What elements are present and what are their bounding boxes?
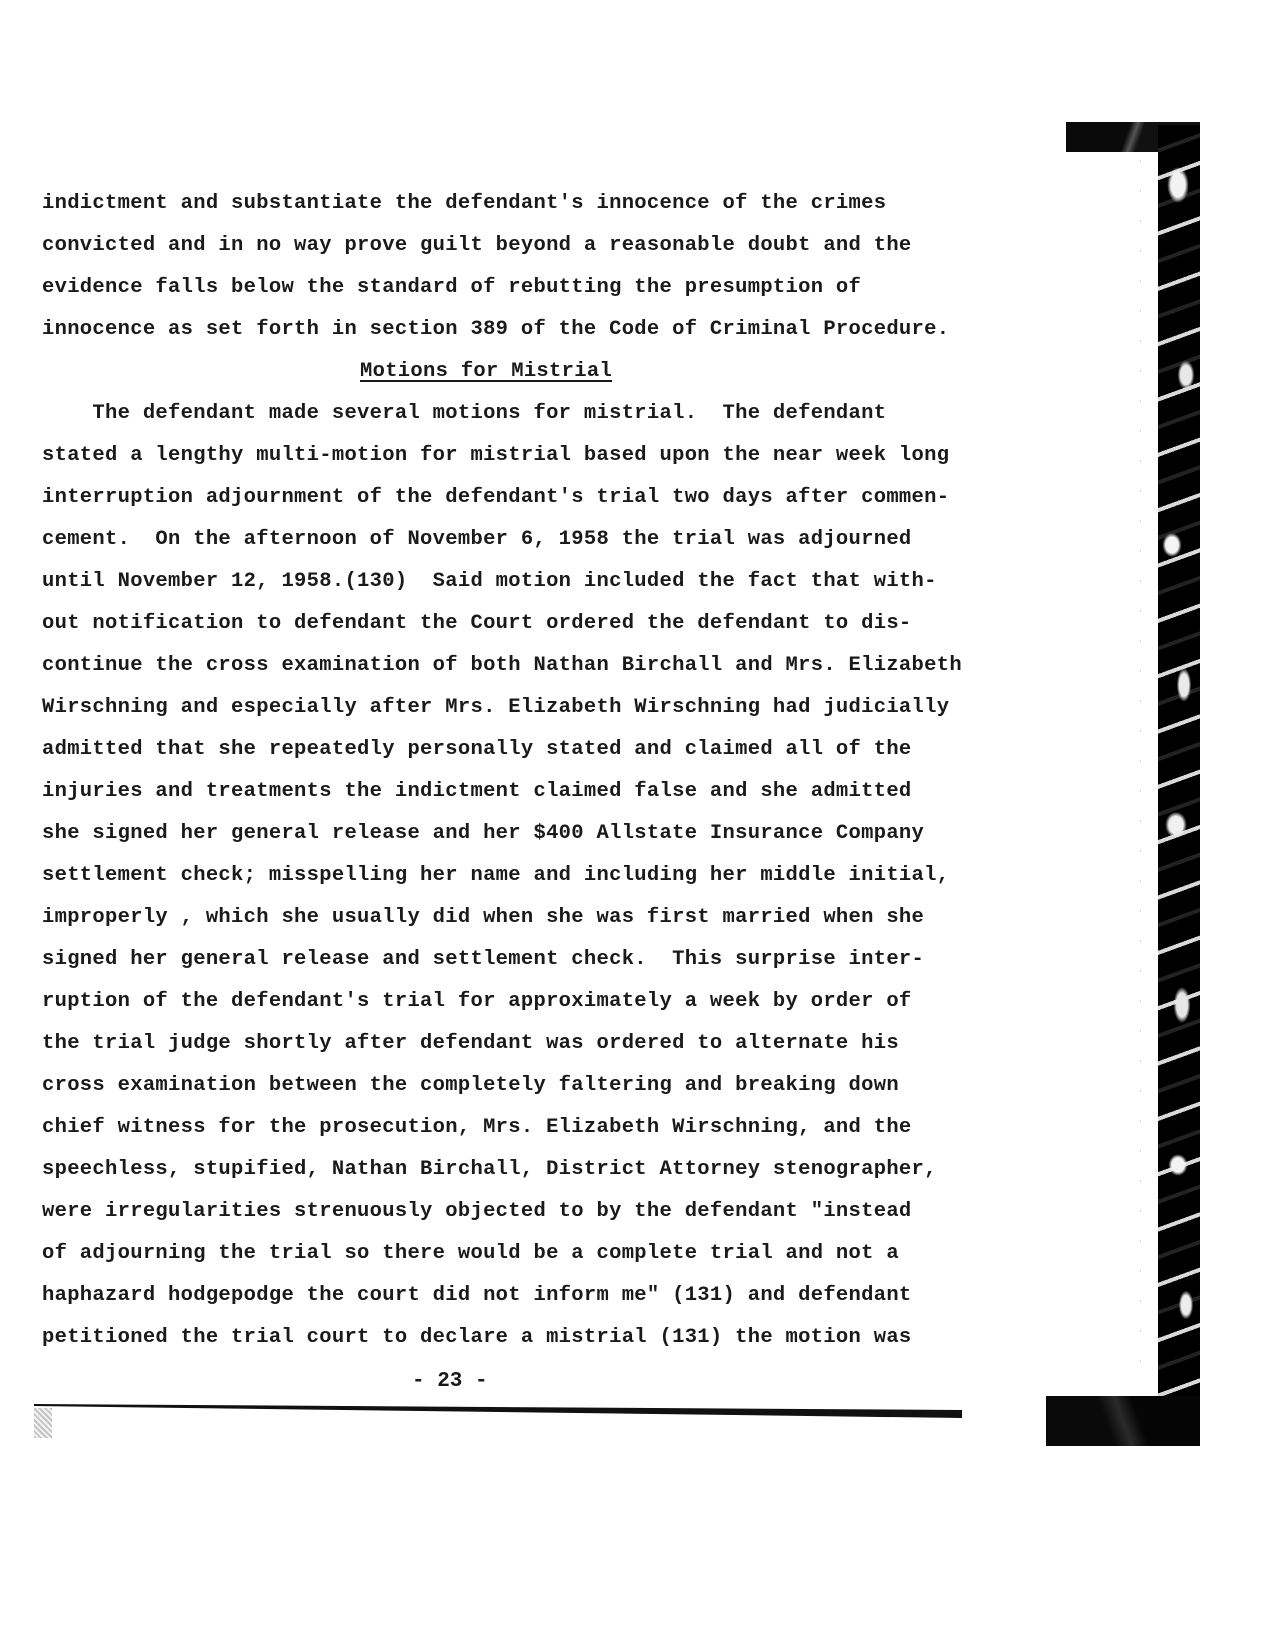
body-line: petitioned the trial court to declare a … (42, 1326, 912, 1350)
page-number: - 23 - (412, 1370, 488, 1393)
body-line: signed her general release and settlemen… (42, 948, 924, 972)
body-line: interruption adjournment of the defendan… (42, 486, 949, 510)
body-line: stated a lengthy multi-motion for mistri… (42, 444, 949, 468)
body-line: cement. On the afternoon of November 6, … (42, 528, 912, 552)
body-line: of adjourning the trial so there would b… (42, 1242, 899, 1266)
body-line: continue the cross examination of both N… (42, 654, 962, 678)
body-line: the trial judge shortly after defendant … (42, 1032, 899, 1056)
scan-artifact (34, 1408, 52, 1438)
body-line: Wirschning and especially after Mrs. Eli… (42, 696, 949, 720)
section-heading: Motions for Mistrial (360, 360, 612, 384)
body-line: improperly , which she usually did when … (42, 906, 924, 930)
body-line: she signed her general release and her $… (42, 822, 924, 846)
body-line: chief witness for the prosecution, Mrs. … (42, 1116, 912, 1140)
body-line: speechless, stupified, Nathan Birchall, … (42, 1158, 937, 1182)
body-line: until November 12, 1958.(130) Said motio… (42, 570, 937, 594)
body-line: indictment and substantiate the defendan… (42, 192, 886, 216)
body-line: evidence falls below the standard of reb… (42, 276, 861, 300)
body-line: settlement check; misspelling her name a… (42, 864, 949, 888)
body-line: innocence as set forth in section 389 of… (42, 318, 949, 342)
body-line: convicted and in no way prove guilt beyo… (42, 234, 912, 258)
body-line: out notification to defendant the Court … (42, 612, 912, 636)
body-line: cross examination between the completely… (42, 1074, 899, 1098)
scanned-edge-bottom (1046, 1396, 1200, 1446)
body-line: admitted that she repeatedly personally … (42, 738, 912, 762)
document-page: indictment and substantiate the defendan… (0, 0, 1275, 1650)
body-line: ruption of the defendant's trial for app… (42, 990, 912, 1014)
body-line: The defendant made several motions for m… (42, 402, 886, 426)
body-line: were irregularities strenuously objected… (42, 1200, 912, 1224)
body-line: haphazard hodgepodge the court did not i… (42, 1284, 912, 1308)
scanned-edge-strip (1158, 125, 1200, 1445)
scan-artifact (1140, 160, 1141, 1380)
bottom-rule (34, 1402, 962, 1418)
body-line: injuries and treatments the indictment c… (42, 780, 912, 804)
